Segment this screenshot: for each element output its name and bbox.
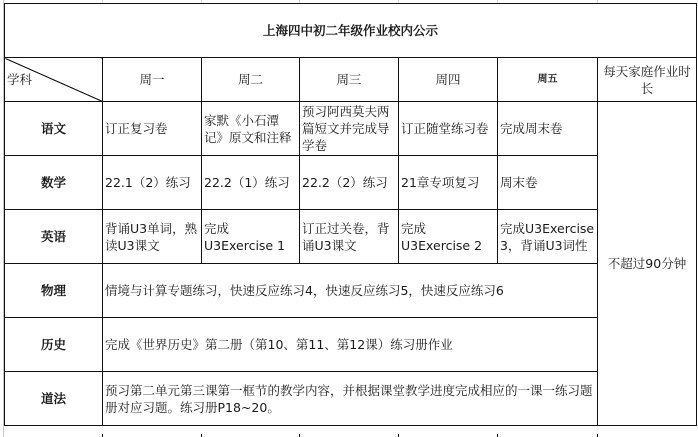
header-wednesday[interactable]: 周三 [300,58,399,102]
header-friday[interactable]: 周五 [498,58,598,102]
homework-cell[interactable]: 完成U3Exercise 3，背诵U3词性 [498,210,598,264]
homework-cell[interactable]: 预习阿西莫夫两篇短文并完成导学卷 [300,102,399,156]
homework-cell[interactable]: 背诵U3单词，熟读U3课文 [103,210,202,264]
header-monday[interactable]: 周一 [103,58,202,102]
homework-cell[interactable]: 完成U3Exercise 2 [399,210,498,264]
subject-cell[interactable]: 英语 [5,210,103,264]
homework-cell[interactable]: 家默《小石潭记》原文和注释 [202,102,300,156]
homework-cell[interactable]: 完成U3Exercise 1 [202,210,300,264]
homework-cell[interactable]: 完成周末卷 [498,102,598,156]
homework-cell[interactable]: 订正过关卷，背诵U3课文 [300,210,399,264]
subject-header-cell[interactable]: 学科 [5,58,103,102]
table-row-history: 历史 完成《世界历史》第二册（第10、第11、第12课）练习册作业 [5,318,697,372]
duration-cell[interactable]: 不超过90分钟 [598,102,697,426]
header-tuesday[interactable]: 周二 [202,58,300,102]
homework-merged-cell[interactable]: 情境与计算专题练习，快速反应练习4，快速反应练习5，快速反应练习6 [103,264,598,318]
homework-table: 上海四中初二年级作业校内公示 学科 周一 周二 周三 周四 周五 每天家庭作业时… [4,3,697,426]
subject-cell[interactable]: 物理 [5,264,103,318]
header-duration[interactable]: 每天家庭作业时长 [598,58,697,102]
homework-cell[interactable]: 订正复习卷 [103,102,202,156]
homework-merged-cell[interactable]: 完成《世界历史》第二册（第10、第11、第12课）练习册作业 [103,318,598,372]
homework-cell[interactable]: 22.2（1）练习 [202,156,300,210]
table-row-morality-law: 道法 预习第二单元第三课第一框节的教学内容，并根据课堂教学进度完成相应的一课一练… [5,372,697,426]
homework-cell[interactable]: 22.2（2）练习 [300,156,399,210]
subject-cell[interactable]: 数学 [5,156,103,210]
subject-cell[interactable]: 历史 [5,318,103,372]
table-row-physics: 物理 情境与计算专题练习，快速反应练习4，快速反应练习5，快速反应练习6 [5,264,697,318]
homework-merged-cell[interactable]: 预习第二单元第三课第一框节的教学内容，并根据课堂教学进度完成相应的一课一练习题册… [103,372,598,426]
table-title[interactable]: 上海四中初二年级作业校内公示 [5,4,697,58]
homework-cell[interactable]: 22.1（2）练习 [103,156,202,210]
header-row: 学科 周一 周二 周三 周四 周五 每天家庭作业时长 [5,58,697,102]
table-row-math: 数学 22.1（2）练习 22.2（1）练习 22.2（2）练习 21章专项复习… [5,156,697,210]
header-thursday[interactable]: 周四 [399,58,498,102]
homework-cell[interactable]: 周末卷 [498,156,598,210]
homework-cell[interactable]: 21章专项复习 [399,156,498,210]
table-row-english: 英语 背诵U3单词，熟读U3课文 完成U3Exercise 1 订正过关卷，背诵… [5,210,697,264]
table-row-chinese: 语文 订正复习卷 家默《小石潭记》原文和注释 预习阿西莫夫两篇短文并完成导学卷 … [5,102,697,156]
subject-cell[interactable]: 道法 [5,372,103,426]
subject-cell[interactable]: 语文 [5,102,103,156]
homework-cell[interactable]: 订正随堂练习卷 [399,102,498,156]
